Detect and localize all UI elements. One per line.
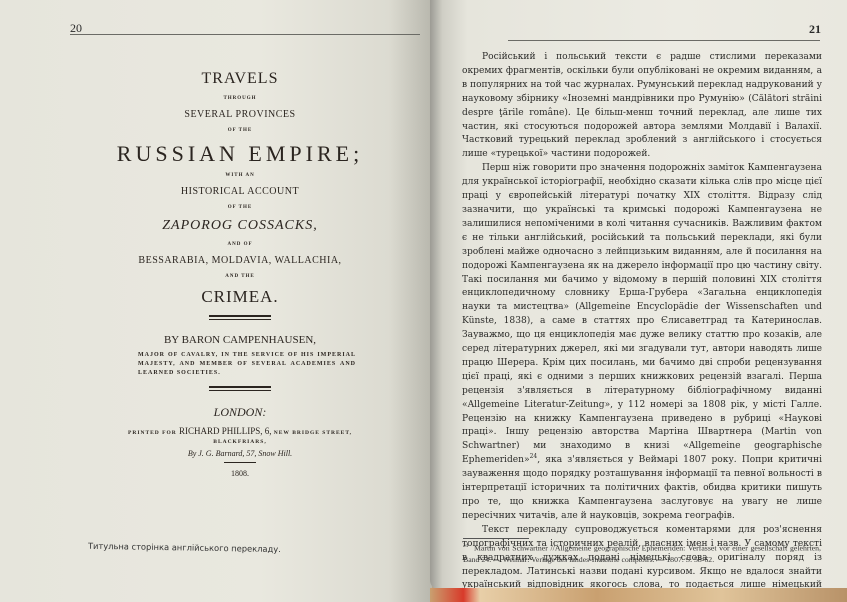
title-printer-line: PRINTED FOR RICHARD PHILLIPS, 6, NEW BRI… [60, 426, 420, 436]
footnote-rule [463, 538, 529, 539]
title-zaporog: ZAPOROG COSSACKS, [60, 218, 420, 234]
footnote-number: 24 [463, 544, 468, 549]
short-rule [224, 462, 256, 463]
title-through: THROUGH [60, 96, 420, 101]
printer-address: NEW BRIDGE STREET, [274, 430, 352, 436]
title-district: BLACKFRIARS, [60, 439, 420, 445]
title-typesetter: By J. G. Barnard, 57, Snow Hill. [60, 449, 420, 458]
title-and-the: AND THE [60, 274, 420, 279]
printed-prefix: PRINTED FOR [128, 430, 177, 436]
title-crimea: CRIMEA. [60, 287, 420, 307]
paragraph-2-text: Перш ніж говорити про значення подорожні… [462, 163, 822, 465]
body-text: Російський і польський тексти є радше ст… [462, 51, 822, 602]
footnote: 24Martin von Schwartner //Allgemeine geo… [463, 541, 821, 565]
title-page-facsimile: TRAVELS THROUGH SEVERAL PROVINCES OF THE… [60, 70, 420, 478]
header-rule [508, 40, 820, 41]
title-city: LONDON: [60, 405, 420, 420]
header-rule [70, 34, 420, 35]
title-travels: TRAVELS [60, 70, 420, 88]
title-provinces: SEVERAL PROVINCES [60, 109, 420, 120]
title-regions: BESSARABIA, MOLDAVIA, WALLACHIA, [60, 255, 420, 266]
title-and-of: AND OF [60, 242, 420, 247]
printer-name: RICHARD PHILLIPS, 6, [179, 426, 272, 436]
title-of-the: OF THE [60, 128, 420, 133]
title-author: BY BARON CAMPENHAUSEN, [60, 334, 420, 346]
paragraph-2: Перш ніж говорити про значення подорожні… [462, 162, 822, 524]
left-page: 20 TRAVELS THROUGH SEVERAL PROVINCES OF … [0, 0, 432, 602]
table-surface [430, 588, 847, 602]
page-number: 21 [809, 22, 821, 37]
book-spread: 20 TRAVELS THROUGH SEVERAL PROVINCES OF … [0, 0, 847, 602]
paragraph-1: Російський і польський тексти є радше ст… [462, 51, 822, 162]
title-russian-empire: RUSSIAN EMPIRE; [60, 141, 420, 167]
figure-caption: Титульна сторінка англійського перекладу… [88, 541, 348, 556]
title-author-titles: MAJOR OF CAVALRY, IN THE SERVICE OF HIS … [124, 351, 356, 378]
ornamental-rule [209, 315, 271, 320]
title-year: 1808. [60, 469, 420, 478]
title-with-an: WITH AN [60, 173, 420, 178]
ornamental-rule-2 [209, 386, 271, 391]
footnote-text: Martin von Schwartner //Allgemeine geogr… [463, 544, 821, 564]
title-of-the-2: OF THE [60, 205, 420, 210]
title-historical-account: HISTORICAL ACCOUNT [60, 186, 420, 197]
